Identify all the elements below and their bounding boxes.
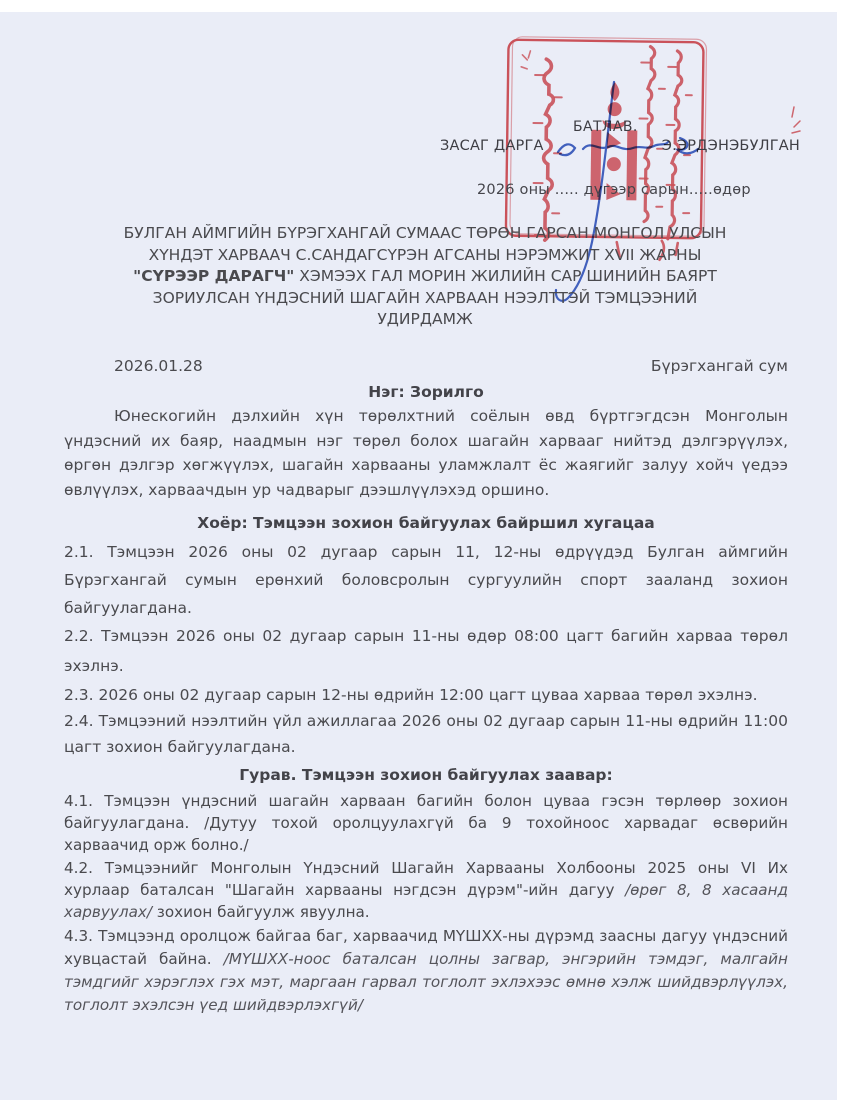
- document-date: 2026.01.28: [114, 357, 203, 375]
- clause-4-1: 4.1. Тэмцээн үндэсний шагайн харваан баг…: [64, 790, 788, 856]
- title-line: "СҮРЭЭР ДАРАГЧ" ХЭМЭЭХ ГАЛ МОРИН ЖИЛИЙН …: [85, 266, 765, 288]
- clause-2-1: 2.1. Тэмцээн 2026 оны 02 дугаар сарын 11…: [64, 538, 788, 622]
- title-line: ХҮНДЭТ ХАРВААЧ С.САНДАГСҮРЭН АГСАНЫ НЭРЭ…: [85, 245, 765, 267]
- title-line: ЗОРИУЛСАН ҮНДЭСНИЙ ШАГАЙН ХАРВААН НЭЭЛТТ…: [85, 288, 765, 310]
- clause-2-3: 2.3. 2026 оны 02 дугаар сарын 12-ны өдри…: [64, 681, 788, 709]
- clause-2-2: 2.2. Тэмцээн 2026 оны 02 дугаар сарын 11…: [64, 622, 788, 681]
- scanned-document: БАТЛАВ. ЗАСАГ ДАРГА Э.ЭРДЭНЭБУЛГАН 2026 …: [0, 0, 850, 1100]
- title-line: БУЛГАН АЙМГИЙН БҮРЭГХАНГАЙ СУМААС ТӨРӨН …: [85, 223, 765, 245]
- document-title: БУЛГАН АЙМГИЙН БҮРЭГХАНГАЙ СУМААС ТӨРӨН …: [85, 223, 765, 331]
- section-one-paragraph: Юнескогийн дэлхийн хүн төрөлхтний соёлын…: [64, 404, 788, 502]
- section-three-heading: Гурав. Тэмцээн зохион байгуулах заавар:: [64, 766, 788, 784]
- document-place: Бүрэгхангай сум: [651, 357, 788, 375]
- title-competition-name: "СҮРЭЭР ДАРАГЧ": [133, 267, 294, 285]
- section-two-heading: Хоёр: Тэмцээн зохион байгуулах байршил х…: [64, 514, 788, 532]
- section-one-heading: Нэг: Зорилго: [64, 383, 788, 401]
- clause-2-4: 2.4. Тэмцээний нээлтийн үйл ажиллагаа 20…: [64, 709, 788, 760]
- clause-4-3: 4.3. Тэмцээнд оролцож байгаа баг, харваа…: [64, 925, 788, 1017]
- clause-4-2: 4.2. Тэмцээнийг Монголын Үндэсний Шагайн…: [64, 857, 788, 923]
- title-line: УДИРДАМЖ: [85, 309, 765, 331]
- meta-row: 2026.01.28 Бүрэгхангай сум: [64, 357, 788, 375]
